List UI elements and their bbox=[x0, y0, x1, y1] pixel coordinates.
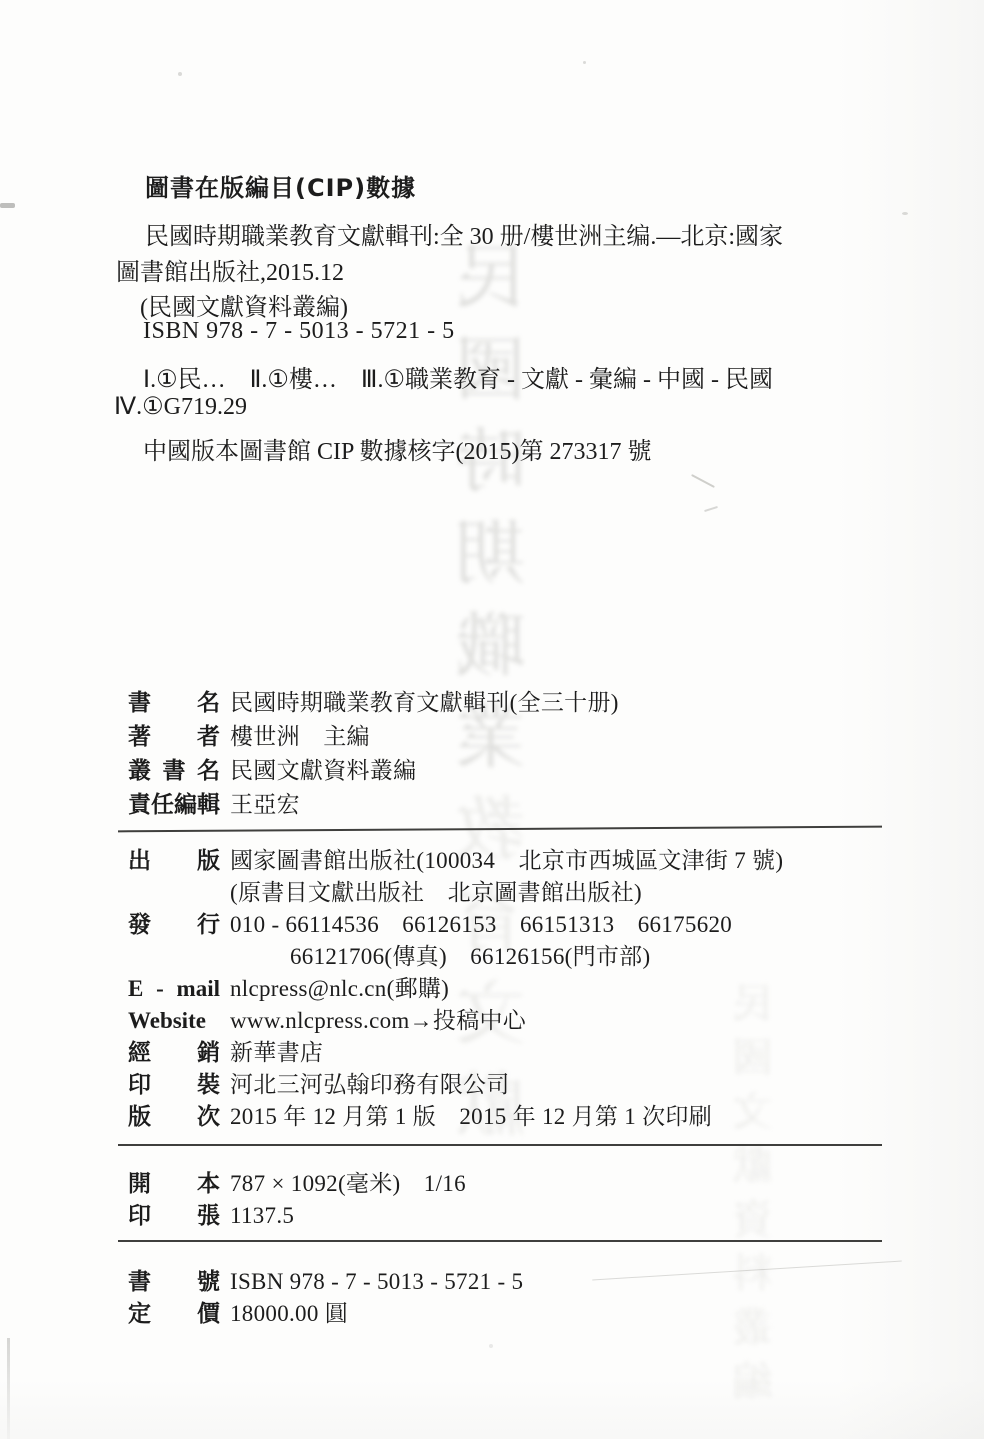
colophon-row-website: Website www.nlcpress.com→投稿中心 bbox=[128, 1005, 898, 1037]
scan-speck bbox=[902, 212, 908, 215]
row-label: 出 版 bbox=[128, 845, 220, 877]
row-value: 樓世洲 主編 bbox=[230, 720, 370, 754]
cip-header: 圖書在版編目(CIP)數據 bbox=[145, 168, 416, 203]
colophon-row-responsible-editor: 責任編輯 王亞宏 bbox=[128, 788, 898, 822]
row-value: 民國時期職業教育文獻輯刊(全三十册) bbox=[230, 686, 619, 720]
row-value: nlcpress@nlc.cn(郵購) bbox=[230, 973, 449, 1005]
cip-isbn: ISBN 978 - 7 - 5013 - 5721 - 5 bbox=[143, 318, 455, 345]
row-label: 叢 書 名 bbox=[128, 754, 220, 788]
colophon-row-email: E - mail nlcpress@nlc.cn(郵購) bbox=[128, 973, 898, 1005]
row-label: 責任編輯 bbox=[128, 788, 220, 822]
row-label: 發 行 bbox=[128, 909, 220, 941]
scan-shading-bottom bbox=[0, 1379, 984, 1439]
cip-series-note: (民國文獻資料叢編) bbox=[140, 287, 348, 322]
row-label: 定 價 bbox=[128, 1298, 220, 1330]
row-label: 著 者 bbox=[128, 720, 220, 754]
cip-classification-line2: Ⅳ.①G719.29 bbox=[114, 392, 247, 421]
scan-speck bbox=[583, 61, 586, 64]
colophon-row-author: 著 者 樓世洲 主編 bbox=[128, 720, 898, 754]
colophon-row-printed-sheets: 印 張 1137.5 bbox=[128, 1200, 898, 1232]
row-value: 王亞宏 bbox=[230, 788, 300, 822]
scanned-copyright-page: 民國時期職業教育文獻 民國文獻資料叢編 圖書在版編目(CIP)數據 民國時期職業… bbox=[0, 0, 984, 1439]
colophon-row-book-title: 書 名 民國時期職業教育文獻輯刊(全三十册) bbox=[128, 686, 898, 720]
colophon-row-format: 開 本 787 × 1092(毫米) 1/16 bbox=[128, 1168, 898, 1200]
colophon-row-edition: 版 次 2015 年 12 月第 1 版 2015 年 12 月第 1 次印刷 bbox=[128, 1101, 898, 1133]
scan-speck bbox=[489, 1344, 493, 1348]
colophon-row-distribution-phones-2: 66121706(傳真) 66126156(門市部) bbox=[128, 941, 898, 973]
colophon-section-isbn-price: 書 號 ISBN 978 - 7 - 5013 - 5721 - 5 定 價 1… bbox=[128, 1266, 898, 1330]
row-value: (原書目文獻出版社 北京圖書館出版社) bbox=[230, 877, 642, 909]
scan-scratch bbox=[704, 506, 718, 512]
row-label: 書 號 bbox=[128, 1266, 220, 1298]
row-label: Website bbox=[128, 1005, 220, 1037]
row-value: 787 × 1092(毫米) 1/16 bbox=[230, 1168, 466, 1200]
row-value: www.nlcpress.com→投稿中心 bbox=[230, 1005, 526, 1037]
cip-description-line1: 民國時期職業教育文獻輯刊:全 30 册/樓世洲主编.—北京:國家 bbox=[145, 216, 783, 251]
colophon-row-series-title: 叢 書 名 民國文獻資料叢編 bbox=[128, 754, 898, 788]
cip-description-line2: 圖書館出版社,2015.12 bbox=[116, 252, 344, 287]
colophon-row-publisher: 出 版 國家圖書館出版社(100034 北京市西城區文津街 7 號) bbox=[128, 845, 898, 877]
cip-classification-line1: Ⅰ.①民… Ⅱ.①樓… Ⅲ.①職業教育 - 文獻 - 彙編 - 中國 - 民國 bbox=[143, 359, 773, 394]
scan-artifact-dash bbox=[0, 203, 15, 208]
row-label: 印 張 bbox=[128, 1200, 220, 1232]
colophon-section-publisher-info: 出 版 國家圖書館出版社(100034 北京市西城區文津街 7 號) (原書目文… bbox=[128, 845, 898, 1133]
row-value: 18000.00 圓 bbox=[230, 1298, 348, 1330]
row-value: 國家圖書館出版社(100034 北京市西城區文津街 7 號) bbox=[230, 845, 783, 877]
row-value: 1137.5 bbox=[230, 1200, 294, 1232]
row-value: 河北三河弘翰印務有限公司 bbox=[230, 1069, 510, 1101]
scan-crease bbox=[7, 1338, 10, 1439]
row-value: 2015 年 12 月第 1 版 2015 年 12 月第 1 次印刷 bbox=[230, 1101, 712, 1133]
colophon-section-format-info: 開 本 787 × 1092(毫米) 1/16 印 張 1137.5 bbox=[128, 1168, 898, 1232]
scan-speck bbox=[178, 72, 182, 76]
scan-scratch bbox=[691, 474, 715, 488]
row-value: 民國文獻資料叢編 bbox=[230, 754, 416, 788]
row-value: ISBN 978 - 7 - 5013 - 5721 - 5 bbox=[230, 1266, 523, 1298]
row-label: E - mail bbox=[128, 973, 220, 1005]
row-value: 66121706(傳真) 66126156(門市部) bbox=[290, 941, 650, 973]
colophon-row-printer: 印 裝 河北三河弘翰印務有限公司 bbox=[128, 1069, 898, 1101]
cip-record-number: 中國版本圖書館 CIP 數據核字(2015)第 273317 號 bbox=[143, 431, 651, 466]
row-label: 印 裝 bbox=[128, 1069, 220, 1101]
colophon-block: 書 名 民國時期職業教育文獻輯刊(全三十册) 著 者 樓世洲 主編 叢 書 名 … bbox=[128, 686, 898, 1330]
row-label: 經 銷 bbox=[128, 1037, 220, 1069]
colophon-row-price: 定 價 18000.00 圓 bbox=[128, 1298, 898, 1330]
row-label: 開 本 bbox=[128, 1168, 220, 1200]
colophon-row-publisher-former-names: (原書目文獻出版社 北京圖書館出版社) bbox=[128, 877, 898, 909]
row-label: 書 名 bbox=[128, 686, 220, 720]
colophon-section-title-info: 書 名 民國時期職業教育文獻輯刊(全三十册) 著 者 樓世洲 主編 叢 書 名 … bbox=[128, 686, 898, 822]
colophon-row-book-number: 書 號 ISBN 978 - 7 - 5013 - 5721 - 5 bbox=[128, 1266, 898, 1298]
colophon-row-distribution-phones: 發 行 010 - 66114536 66126153 66151313 661… bbox=[128, 909, 898, 941]
row-value: 010 - 66114536 66126153 66151313 6617562… bbox=[230, 909, 732, 941]
colophon-row-distributor: 經 銷 新華書店 bbox=[128, 1037, 898, 1069]
row-value: 新華書店 bbox=[230, 1037, 323, 1069]
row-label: 版 次 bbox=[128, 1101, 220, 1133]
